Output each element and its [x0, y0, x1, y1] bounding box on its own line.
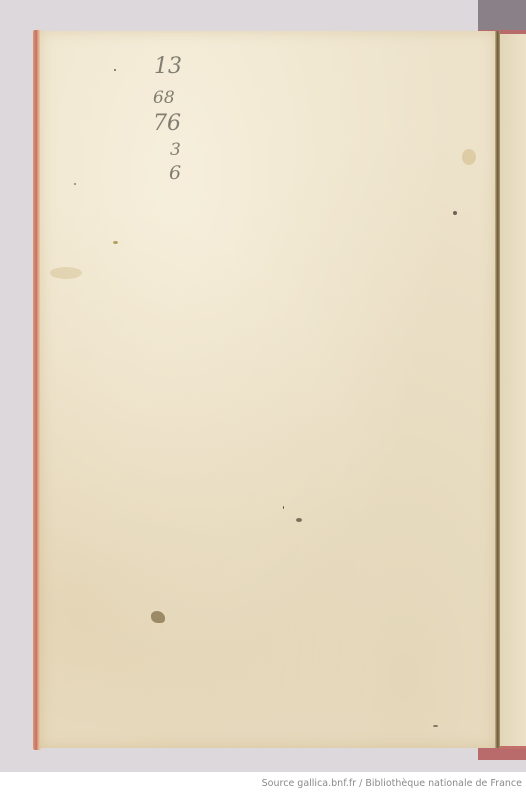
cover-top-shadow [478, 0, 526, 32]
handwritten-number: 13 [154, 56, 182, 78]
page-speck [113, 241, 118, 244]
handwritten-number: 76 [153, 113, 181, 135]
handwritten-number: 6 [169, 164, 181, 183]
page-speck [296, 518, 302, 522]
book-page [40, 31, 495, 748]
page-speck [114, 69, 116, 71]
page-stain [50, 267, 82, 279]
handwritten-number: 68 [153, 90, 175, 107]
page-stain [462, 149, 476, 165]
page-speck [433, 725, 438, 727]
facing-page-edge [500, 34, 526, 749]
page-speck [74, 183, 76, 185]
page-speck [283, 506, 284, 509]
page-stain [151, 611, 165, 623]
page-speck [453, 211, 457, 215]
source-caption: Source gallica.bnf.fr / Bibliothèque nat… [262, 778, 522, 789]
handwritten-number: 3 [170, 142, 181, 159]
